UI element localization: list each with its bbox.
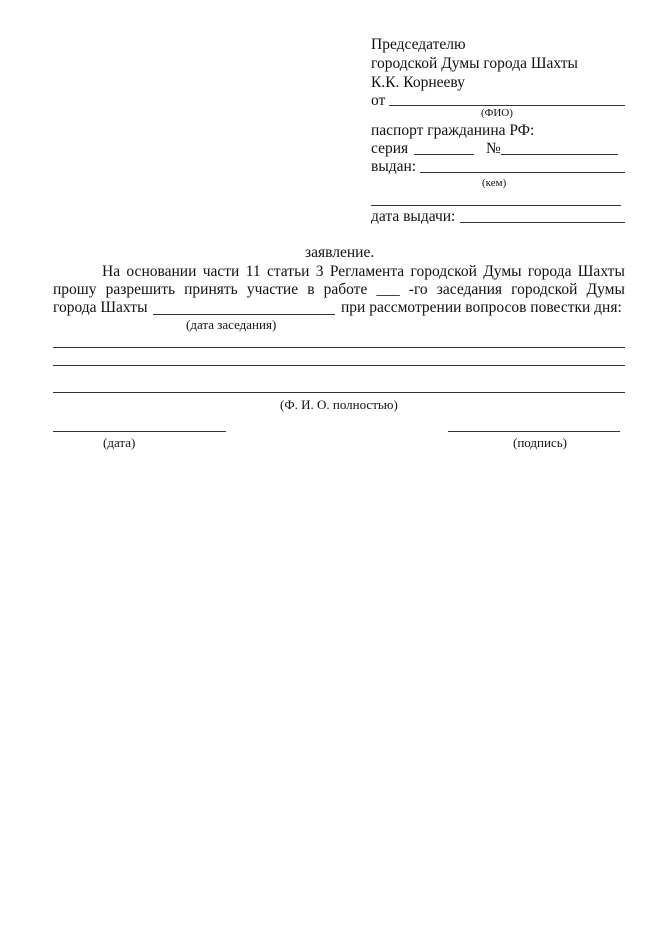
body-paragraph: На основании части 11 статьи 3 Регламент… (53, 263, 625, 299)
from-label: от (371, 92, 385, 110)
word: -го (409, 281, 428, 299)
body-line-2: прошу разрешить принять участие в работе… (53, 281, 625, 299)
word: Думы (587, 281, 625, 299)
passport-number-field[interactable] (501, 154, 618, 155)
signature-caption: (подпись) (513, 435, 567, 450)
issue-date-label: дата выдачи: (371, 208, 455, 226)
meeting-number-field[interactable]: ___ (376, 281, 399, 299)
full-name-caption: (Ф. И. О. полностью) (280, 397, 398, 412)
body-line-3-end: при рассмотрении вопросов повестки дня: (341, 299, 622, 317)
word: городской (511, 281, 577, 299)
word: города (528, 263, 572, 281)
body-line-3-start: города Шахты (53, 299, 147, 317)
word: Думы (483, 263, 521, 281)
addressee-name: К.К. Корнееву (371, 74, 465, 92)
meeting-date-caption: (дата заседания) (186, 317, 276, 332)
agenda-line-2[interactable] (53, 365, 625, 366)
word: 11 (246, 263, 261, 281)
issued-by-field-continued[interactable] (371, 205, 621, 206)
from-fio-field[interactable] (389, 105, 625, 106)
word: заседания (437, 281, 502, 299)
word: прошу (53, 281, 96, 299)
document-title: заявление. (305, 244, 374, 262)
word: Шахты (578, 263, 625, 281)
addressee-title: Председателю (371, 36, 466, 54)
passport-label: паспорт гражданина РФ: (371, 122, 534, 140)
word: городской (411, 263, 477, 281)
series-label: серия (371, 140, 408, 158)
word: основании (126, 263, 196, 281)
passport-series-field[interactable] (414, 154, 474, 155)
fio-caption: (ФИО) (481, 107, 513, 119)
issued-by-field[interactable] (420, 172, 625, 173)
body-line-1: На основании части 11 статьи 3 Регламент… (53, 263, 625, 281)
word: участие (247, 281, 298, 299)
issue-date-field[interactable] (460, 222, 625, 223)
word: разрешить (106, 281, 175, 299)
issued-by-caption: (кем) (482, 177, 506, 189)
full-name-field[interactable] (53, 392, 625, 393)
word: 3 (316, 263, 324, 281)
word: в (307, 281, 314, 299)
word: На (102, 263, 120, 281)
issued-by-label: выдан: (371, 158, 416, 176)
signature-field[interactable] (448, 431, 620, 432)
date-field[interactable] (53, 431, 226, 432)
word: части (203, 263, 240, 281)
word: статьи (267, 263, 309, 281)
meeting-date-field[interactable] (153, 314, 335, 315)
word: работе (324, 281, 368, 299)
date-caption: (дата) (103, 435, 135, 450)
word: Регламента (330, 263, 404, 281)
addressee-organization: городской Думы города Шахты (371, 55, 578, 73)
agenda-line-1[interactable] (53, 347, 625, 348)
number-label: № (486, 140, 501, 158)
word: принять (184, 281, 238, 299)
